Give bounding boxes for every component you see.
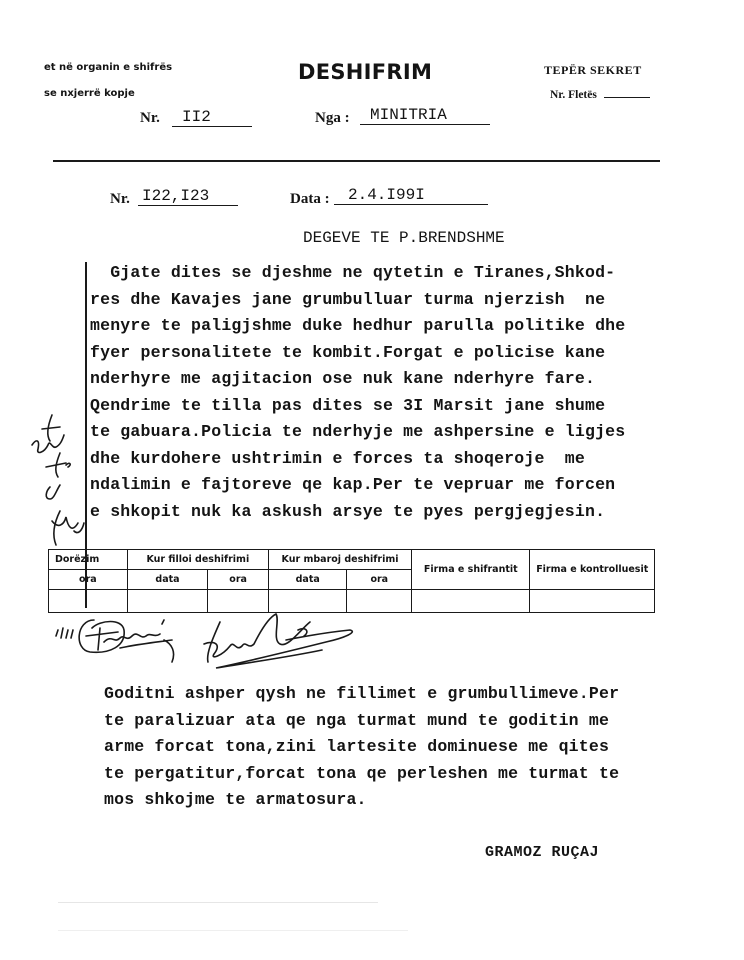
message-nr-value: I22,I23	[138, 187, 238, 206]
date-label: Data :	[290, 191, 330, 208]
message-line: te gabuara.Policia te nderhyje me ashper…	[90, 419, 625, 446]
faint-line	[58, 930, 408, 931]
message-line: Gjate dites se djeshme ne qytetin e Tira…	[90, 260, 625, 287]
finished-header: Kur mbaroj deshifrimi	[268, 550, 411, 570]
cipher-signature-cell[interactable]	[412, 590, 530, 613]
decode-table: Dorëzim Kur filloi deshifrimi Kur mbaroj…	[48, 549, 655, 613]
from-label: Nga :	[315, 110, 350, 127]
message-line: nderhyre me agjitacion ose nuk kane nder…	[90, 366, 625, 393]
header-divider	[53, 160, 660, 162]
receipt-hour-subheader: ora	[49, 570, 128, 590]
message-line: e shkopit nuk ka askush arsye te pyes pe…	[90, 499, 625, 526]
message-line: menyre te paligjshme duke hedhur parulla…	[90, 313, 625, 340]
from-value: MINITRIA	[360, 106, 490, 125]
faint-line	[58, 902, 378, 903]
receipt-header: Dorëzim	[49, 550, 128, 570]
started-hour-subheader: ora	[208, 570, 269, 590]
message-line: fyer personalitete te kombit.Forgat e po…	[90, 340, 625, 367]
date-value: 2.4.I99I	[334, 186, 488, 205]
signature-1	[56, 620, 174, 662]
margin-handwriting	[30, 405, 90, 555]
cipher-note-line-2: se nxjerrë kopje	[44, 88, 135, 99]
annotation-line: Goditni ashper qysh ne fillimet e grumbu…	[104, 681, 619, 708]
signatory-name: GRAMOZ RUÇAJ	[485, 844, 599, 861]
started-header: Kur filloi deshifrimi	[127, 550, 268, 570]
message-nr-label: Nr.	[110, 191, 130, 208]
cipher-signature-header: Firma e shifrantit	[412, 550, 530, 590]
controller-signature-header: Firma e kontrolluesit	[530, 550, 655, 590]
annotation-line: mos shkojme te armatosura.	[104, 787, 619, 814]
handwritten-signatures	[54, 610, 374, 680]
annotation-body: Goditni ashper qysh ne fillimet e grumbu…	[104, 681, 619, 814]
sheet-number-label: Nr. Fletës	[550, 89, 597, 101]
started-date-subheader: data	[127, 570, 208, 590]
signature-2	[204, 614, 352, 668]
annotation-line: arme forcat tona,zini lartesite dominues…	[104, 734, 619, 761]
classification-label: TEPËR SEKRET	[544, 63, 642, 78]
message-line: ndalimin e fajtoreve qe kap.Per te vepru…	[90, 472, 625, 499]
header-nr-value: II2	[172, 108, 252, 127]
finished-date-subheader: data	[268, 570, 347, 590]
annotation-line: te pergatitur,forcat tona qe perleshen m…	[104, 761, 619, 788]
controller-signature-cell[interactable]	[530, 590, 655, 613]
header-nr-label: Nr.	[140, 110, 160, 127]
message-line: res dhe Kavajes jane grumbulluar turma n…	[90, 287, 625, 314]
cipher-note-line-1: et në organin e shifrës	[44, 62, 172, 73]
message-body: Gjate dites se djeshme ne qytetin e Tira…	[90, 260, 625, 525]
sheet-number-field: Nr. Fletës	[550, 89, 650, 101]
addressee: DEGEVE TE P.BRENDSHME	[303, 229, 505, 247]
sheet-number-value	[604, 97, 650, 98]
annotation-line: te paralizuar ata qe nga turmat mund te …	[104, 708, 619, 735]
document-title: DESHIFRIM	[298, 60, 432, 84]
message-line: Qendrime te tilla pas dites se 3I Marsit…	[90, 393, 625, 420]
message-line: dhe kurdohere ushtrimin e forces ta shoq…	[90, 446, 625, 473]
finished-hour-subheader: ora	[347, 570, 412, 590]
